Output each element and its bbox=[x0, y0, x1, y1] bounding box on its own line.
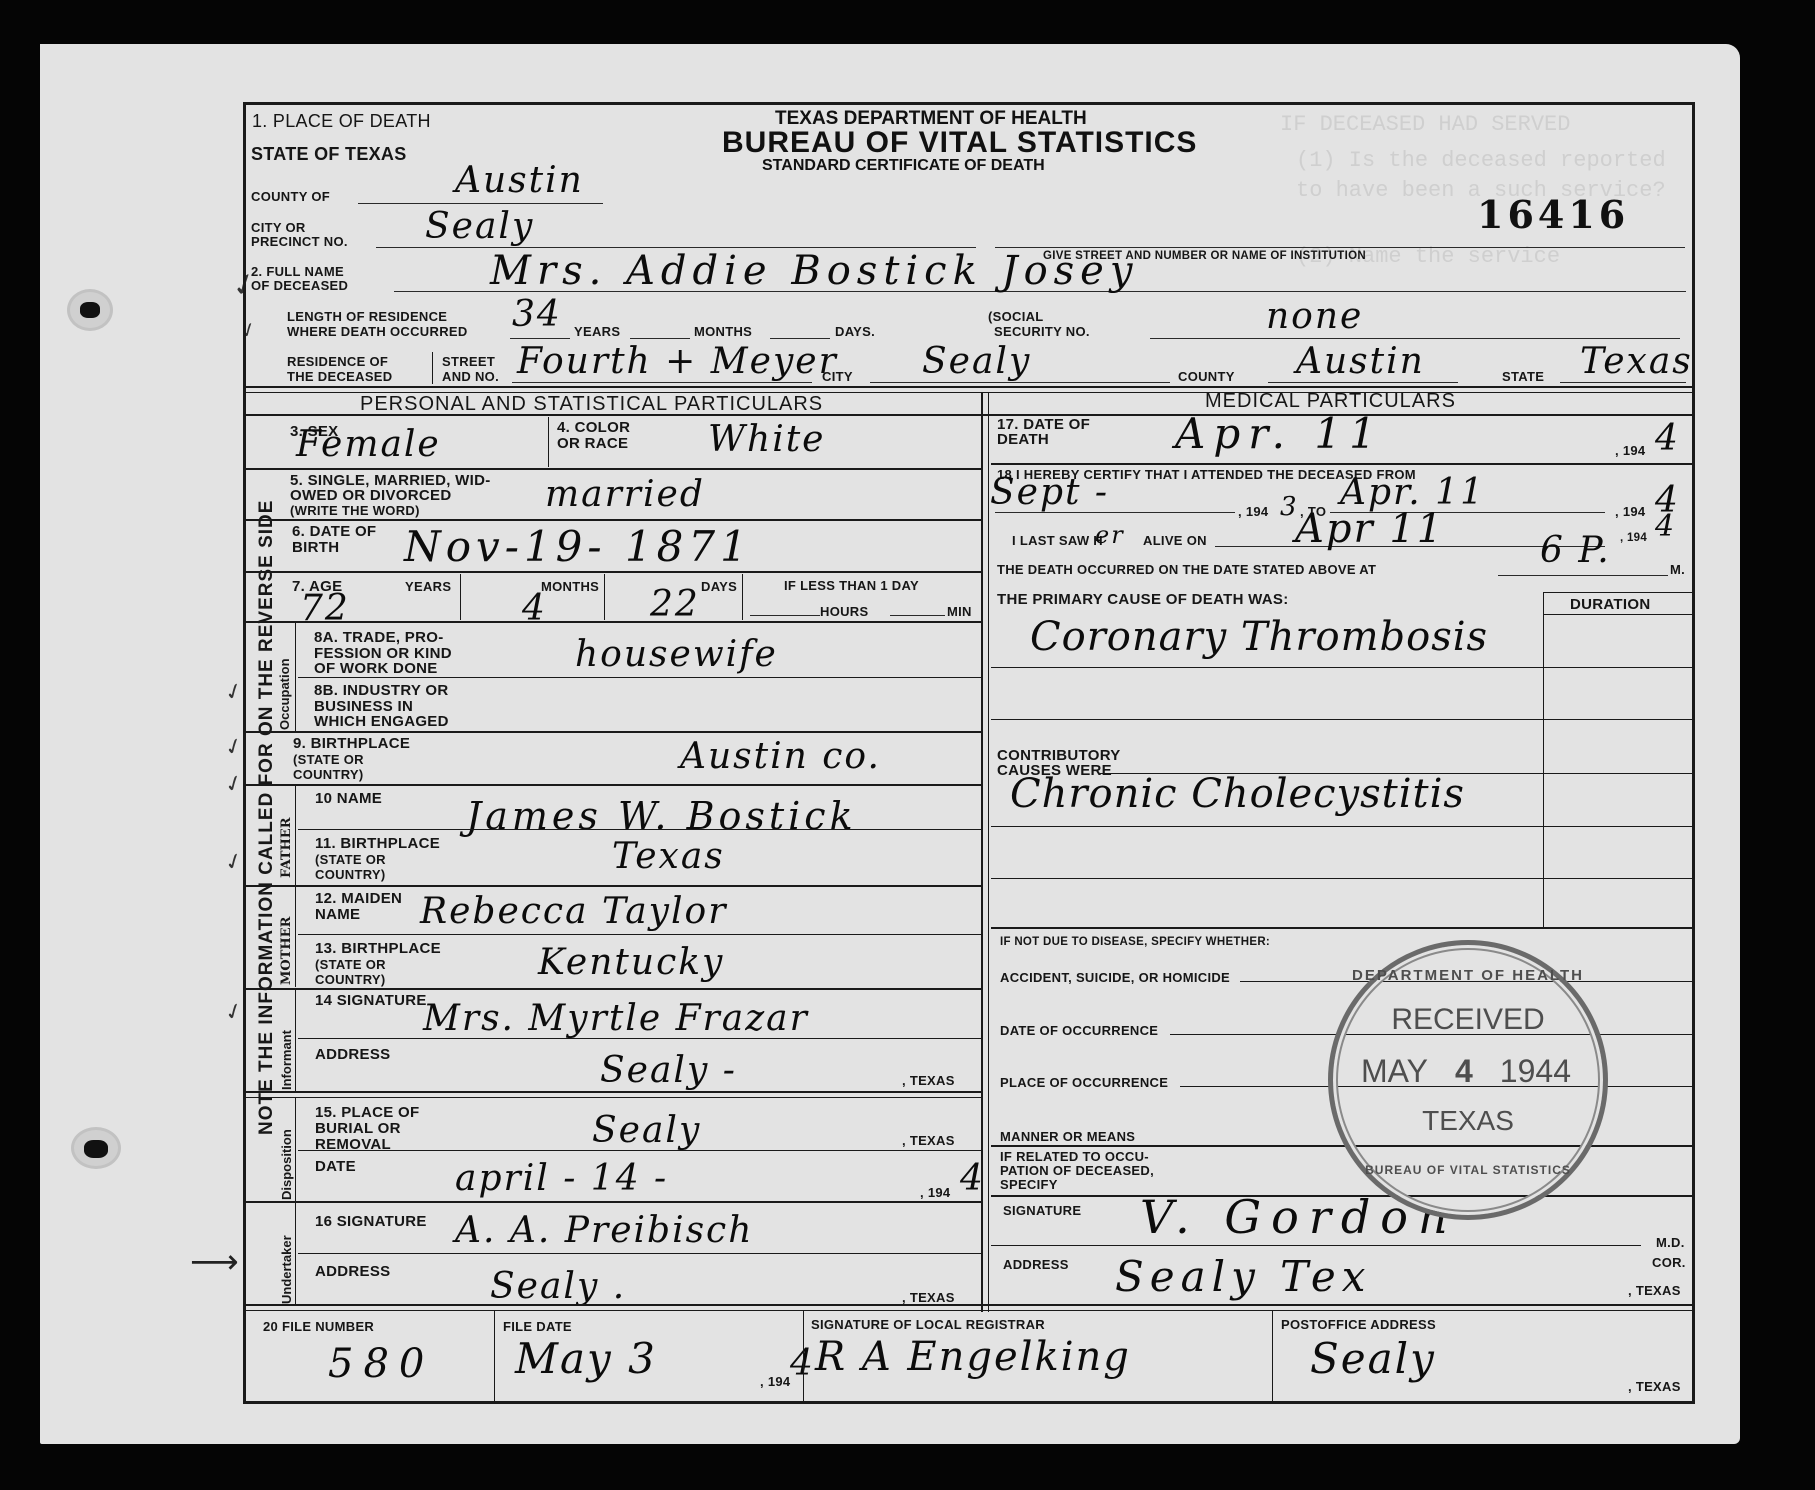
punch-hole-top bbox=[70, 292, 110, 328]
months-label: MONTHS bbox=[694, 325, 752, 338]
birthplace-label-2: (STATE OR bbox=[293, 753, 364, 766]
side-divider bbox=[295, 1201, 296, 1304]
row-line bbox=[298, 677, 981, 678]
marital-label-3: (WRITE THE WORD) bbox=[290, 504, 420, 517]
row-line-2 bbox=[246, 1097, 981, 1098]
race-label-2: OR RACE bbox=[557, 436, 628, 451]
sex-race-divider bbox=[548, 417, 549, 467]
not-disease-label: IF NOT DUE TO DISEASE, SPECIFY WHETHER: bbox=[1000, 936, 1270, 948]
mother-birthplace-label-1: 13. BIRTHPLACE bbox=[315, 941, 441, 956]
cause-line bbox=[991, 878, 1692, 879]
death-time-value: 6 P. bbox=[1540, 532, 1611, 570]
dob-value: Nov-19- 1871 bbox=[404, 528, 752, 566]
county-value: Austin bbox=[455, 162, 584, 200]
residence-county-line bbox=[1268, 382, 1458, 383]
undertaker-signature-label: 16 SIGNATURE bbox=[315, 1214, 427, 1229]
postoffice-label: POSTOFFICE ADDRESS bbox=[1281, 1318, 1436, 1331]
age-months-label: MONTHS bbox=[541, 580, 599, 593]
row-line bbox=[246, 519, 981, 521]
deceased-name: Mrs. Addie Bostick Josey bbox=[490, 252, 1138, 290]
street-value: Fourth + Meyer bbox=[517, 343, 838, 381]
residence-years-line bbox=[510, 338, 570, 339]
primary-cause-value: Coronary Thrombosis bbox=[1030, 618, 1488, 656]
contributory-value: Chronic Cholecystitis bbox=[1010, 775, 1465, 813]
industry-label-2: BUSINESS IN bbox=[314, 699, 413, 714]
father-birthplace-label-3: COUNTRY) bbox=[315, 868, 386, 881]
attended-from: Sept - bbox=[990, 474, 1109, 512]
months-line bbox=[630, 338, 690, 339]
burial-date-value: april - 14 - bbox=[455, 1160, 668, 1198]
dob-label-1: 6. DATE OF bbox=[292, 524, 376, 539]
residence-label-2: THE DECEASED bbox=[287, 370, 392, 383]
manner-label: MANNER OR MEANS bbox=[1000, 1130, 1135, 1143]
physician-address: Sealy Tex bbox=[1115, 1258, 1371, 1296]
cause-line bbox=[991, 719, 1692, 720]
texas-suffix: , TEXAS bbox=[902, 1134, 955, 1147]
ssn-label-1: (SOCIAL bbox=[988, 310, 1044, 323]
file-date-value: May 3 bbox=[515, 1340, 657, 1378]
sex-value: Female bbox=[296, 426, 441, 464]
residence-state-line bbox=[1560, 382, 1686, 383]
age-years-label: YEARS bbox=[405, 580, 451, 593]
marital-label-2: OWED OR DIVORCED bbox=[290, 488, 451, 503]
residence-county-value: Austin bbox=[1296, 343, 1425, 381]
stamp-day: 4 bbox=[1455, 1053, 1473, 1090]
marital-value: married bbox=[545, 476, 705, 514]
street-label-2: AND NO. bbox=[442, 370, 499, 383]
physician-signature-label: SIGNATURE bbox=[1003, 1204, 1081, 1217]
county-line bbox=[358, 203, 603, 204]
dob-label-2: BIRTH bbox=[292, 540, 339, 555]
section-divider-top bbox=[246, 386, 1692, 388]
row-line bbox=[298, 934, 981, 935]
trade-label-2: FESSION OR KIND bbox=[314, 646, 452, 661]
street-line bbox=[512, 382, 812, 383]
attended-from-year-prefix: , 194 bbox=[1238, 505, 1268, 518]
arrow-icon: ⟶ bbox=[190, 1242, 239, 1282]
duration-label: DURATION bbox=[1570, 597, 1650, 612]
stamp-year: 1944 bbox=[1500, 1053, 1571, 1090]
file-date-label: FILE DATE bbox=[503, 1320, 572, 1333]
contributory-label-1: CONTRIBUTORY bbox=[997, 748, 1121, 763]
row-line bbox=[246, 784, 981, 786]
residence-length-label-1: LENGTH OF RESIDENCE bbox=[287, 310, 447, 323]
birthplace-label-1: 9. BIRTHPLACE bbox=[293, 736, 410, 751]
full-name-label-1: 2. FULL NAME bbox=[251, 265, 344, 278]
filing-top-line-2 bbox=[246, 1310, 1692, 1311]
row-line bbox=[246, 621, 981, 623]
occupation-related-label-3: SPECIFY bbox=[1000, 1178, 1058, 1191]
burial-place-value: Sealy bbox=[592, 1112, 701, 1150]
industry-label-3: WHICH ENGAGED bbox=[314, 714, 449, 729]
section-header-bottom bbox=[246, 414, 1692, 416]
hours-label: HOURS bbox=[820, 605, 868, 618]
age-days: 22 bbox=[650, 586, 700, 624]
occurrence-date-label: DATE OF OCCURRENCE bbox=[1000, 1024, 1158, 1037]
year-prefix: , 194 bbox=[920, 1186, 950, 1199]
age-divider bbox=[460, 574, 461, 620]
m-label: M. bbox=[1670, 563, 1685, 576]
filing-divider bbox=[1272, 1310, 1273, 1401]
last-saw-year-prefix: , 194 bbox=[1620, 532, 1647, 544]
less-than-day-label: IF LESS THAN 1 DAY bbox=[784, 579, 919, 592]
row-line bbox=[246, 988, 981, 990]
marital-label-1: 5. SINGLE, MARRIED, WID- bbox=[290, 473, 491, 488]
row-line bbox=[298, 829, 981, 830]
side-divider bbox=[295, 1097, 296, 1201]
row-line bbox=[246, 885, 981, 887]
postoffice-value: Sealy bbox=[1310, 1340, 1436, 1378]
medical-particulars-header: MEDICAL PARTICULARS bbox=[1205, 391, 1456, 411]
stamp-date: MAY 4 1944 bbox=[1361, 1053, 1571, 1090]
informant-signature-label: 14 SIGNATURE bbox=[315, 993, 427, 1008]
occurrence-place-label: PLACE OF OCCURRENCE bbox=[1000, 1076, 1168, 1089]
file-number-label: 20 FILE NUMBER bbox=[263, 1320, 374, 1333]
certificate-number: 16416 bbox=[1477, 192, 1629, 237]
texas-suffix: , TEXAS bbox=[902, 1074, 955, 1087]
side-divider bbox=[295, 621, 296, 732]
duration-box-top bbox=[1543, 592, 1692, 593]
burial-label-1: 15. PLACE OF bbox=[315, 1105, 419, 1120]
file-year-prefix: , 194 bbox=[760, 1375, 790, 1388]
mother-birthplace-value: Kentucky bbox=[538, 944, 724, 982]
column-divider-2 bbox=[988, 392, 989, 1312]
registrar-label: SIGNATURE OF LOCAL REGISTRAR bbox=[811, 1318, 1045, 1331]
filing-top-line bbox=[246, 1304, 1692, 1306]
father-side-label: FATHER bbox=[279, 817, 294, 878]
duration-header-line bbox=[1543, 614, 1692, 615]
row-line bbox=[246, 1091, 981, 1093]
death-time-line bbox=[1498, 575, 1668, 576]
ssn-label-2: SECURITY NO. bbox=[994, 325, 1090, 338]
last-saw-label: I LAST SAW H bbox=[1012, 534, 1103, 547]
physician-address-label: ADDRESS bbox=[1003, 1258, 1069, 1271]
death-time-label: THE DEATH OCCURRED ON THE DATE STATED AB… bbox=[997, 563, 1376, 576]
undertaker-address-label: ADDRESS bbox=[315, 1264, 390, 1279]
filing-divider bbox=[494, 1310, 495, 1401]
punch-hole-bottom bbox=[74, 1130, 118, 1166]
years-label: YEARS bbox=[574, 325, 620, 338]
form-top-border bbox=[243, 102, 1694, 105]
ssn-value: none bbox=[1266, 298, 1363, 336]
residence-county-label: COUNTY bbox=[1178, 370, 1235, 383]
residence-length-label-2: WHERE DEATH OCCURRED bbox=[287, 325, 468, 338]
industry-label-1: 8B. INDUSTRY OR bbox=[314, 683, 449, 698]
attended-from-line bbox=[995, 512, 1235, 513]
personal-particulars-header: PERSONAL AND STATISTICAL PARTICULARS bbox=[360, 394, 823, 414]
side-divider bbox=[295, 885, 296, 987]
informant-address-label: ADDRESS bbox=[315, 1047, 390, 1062]
mother-maiden-value: Rebecca Taylor bbox=[420, 893, 727, 931]
father-birthplace-label-2: (STATE OR bbox=[315, 853, 386, 866]
texas-suffix: , TEXAS bbox=[1628, 1380, 1681, 1393]
residence-city-value: Sealy bbox=[922, 343, 1031, 381]
occupation-related-label-1: IF RELATED TO OCCU- bbox=[1000, 1150, 1149, 1163]
city-label-1: CITY OR bbox=[251, 221, 306, 234]
stamp-received: RECEIVED bbox=[1333, 1003, 1603, 1037]
signature-line bbox=[991, 1245, 1641, 1246]
dod-year-digit: 4 bbox=[1655, 420, 1680, 458]
days-label: DAYS. bbox=[835, 325, 875, 338]
form-left-border bbox=[243, 102, 246, 1402]
alive-on-label: ALIVE ON bbox=[1143, 534, 1207, 547]
trade-value: housewife bbox=[575, 636, 778, 674]
days-line bbox=[770, 338, 830, 339]
row-line bbox=[246, 731, 981, 733]
residence-city-label: CITY bbox=[822, 370, 853, 383]
duration-divider bbox=[1543, 592, 1544, 927]
min-line bbox=[890, 615, 945, 616]
mother-birthplace-label-3: COUNTRY) bbox=[315, 973, 386, 986]
race-value: White bbox=[708, 421, 825, 459]
informant-address: Sealy - bbox=[600, 1052, 737, 1090]
father-birthplace-label-1: 11. BIRTHPLACE bbox=[315, 836, 440, 851]
race-label-1: 4. COLOR bbox=[557, 420, 630, 435]
cause-line bbox=[991, 826, 1692, 827]
stamp-state: TEXAS bbox=[1333, 1105, 1603, 1137]
mother-birthplace-label-2: (STATE OR bbox=[315, 958, 386, 971]
residence-years: 34 bbox=[512, 296, 562, 334]
informant-side-label: Informant bbox=[279, 1030, 294, 1090]
last-saw-blank: er bbox=[1095, 516, 1125, 554]
street-label-1: STREET bbox=[442, 355, 495, 368]
place-of-death-label: 1. PLACE OF DEATH bbox=[252, 112, 431, 130]
cor-label: COR. bbox=[1652, 1256, 1686, 1269]
form-bottom-border bbox=[243, 1401, 1695, 1404]
residence-city-line bbox=[870, 382, 1170, 383]
cause-line bbox=[991, 667, 1692, 668]
disposition-side-label: Disposition bbox=[279, 1129, 294, 1200]
row-line bbox=[298, 1150, 981, 1151]
primary-cause-label: THE PRIMARY CAUSE OF DEATH WAS: bbox=[997, 592, 1289, 607]
father-name-label: 10 NAME bbox=[315, 791, 382, 806]
texas-suffix: , TEXAS bbox=[1628, 1284, 1681, 1297]
row-line bbox=[246, 571, 981, 573]
burial-date-label: DATE bbox=[315, 1159, 356, 1174]
age-days-label: DAYS bbox=[701, 580, 737, 593]
full-name-label-2: OF DECEASED bbox=[251, 279, 348, 292]
dod-year-prefix: , 194 bbox=[1615, 444, 1645, 457]
row-line bbox=[298, 1038, 981, 1039]
city-label-2: PRECINCT NO. bbox=[251, 235, 348, 248]
form-right-border bbox=[1692, 102, 1695, 1402]
stamp-bottom-arc: BUREAU OF VITAL STATISTICS bbox=[1333, 1163, 1603, 1177]
burial-year-digit: 4 bbox=[960, 1160, 985, 1198]
accident-label: ACCIDENT, SUICIDE, OR HOMICIDE bbox=[1000, 971, 1230, 984]
age-divider bbox=[742, 574, 743, 620]
bureau-title: BUREAU OF VITAL STATISTICS bbox=[722, 126, 1197, 160]
stamp-month: MAY bbox=[1361, 1053, 1428, 1090]
residence-divider bbox=[432, 352, 433, 384]
row-line bbox=[298, 1253, 981, 1254]
attended-to-year-prefix: , 194 bbox=[1615, 505, 1645, 518]
received-stamp: DEPARTMENT OF HEALTH RECEIVED MAY 4 1944… bbox=[1328, 940, 1608, 1220]
state-of-texas-label: STATE OF TEXAS bbox=[251, 145, 407, 163]
occupation-related-label-2: PATION OF DECEASED, bbox=[1000, 1164, 1154, 1177]
mother-maiden-label-2: NAME bbox=[315, 907, 360, 922]
row-line bbox=[991, 463, 1692, 465]
birthplace-value: Austin co. bbox=[680, 738, 881, 776]
margin-note: NOTE THE INFORMATION CALLED FOR ON THE R… bbox=[256, 500, 278, 1135]
last-saw-year: 4 bbox=[1655, 508, 1676, 546]
mother-maiden-label-1: 12. MAIDEN bbox=[315, 891, 402, 906]
city-value: Sealy bbox=[425, 208, 534, 246]
dod-label-1: 17. DATE OF bbox=[997, 417, 1090, 432]
age-divider bbox=[604, 574, 605, 620]
ssn-line bbox=[1150, 338, 1680, 339]
trade-label-3: OF WORK DONE bbox=[314, 661, 438, 676]
burial-label-2: BURIAL OR bbox=[315, 1121, 401, 1136]
row-line bbox=[991, 927, 1692, 929]
dod-value: Apr. 11 bbox=[1175, 415, 1384, 453]
hours-line bbox=[750, 615, 820, 616]
father-birthplace-value: Texas bbox=[612, 838, 725, 876]
form-title: STANDARD CERTIFICATE OF DEATH bbox=[762, 157, 1045, 175]
undertaker-side-label: Undertaker bbox=[279, 1235, 294, 1304]
mother-side-label: MOTHER bbox=[279, 917, 294, 985]
undertaker-signature: A. A. Preibisch bbox=[455, 1212, 753, 1250]
file-number-value: 580 bbox=[328, 1345, 434, 1383]
registrar-signature: R A Engelking bbox=[815, 1338, 1131, 1376]
undertaker-address: Sealy . bbox=[490, 1268, 626, 1306]
residence-label-1: RESIDENCE OF bbox=[287, 355, 388, 368]
residence-state-value: Texas bbox=[1580, 343, 1693, 381]
county-of-label: COUNTY OF bbox=[251, 190, 330, 203]
min-label: MIN bbox=[947, 605, 972, 618]
texas-suffix: , TEXAS bbox=[902, 1291, 955, 1304]
row-line bbox=[246, 1201, 981, 1203]
reverse-bleed-line: (1) Is the deceased reported bbox=[1296, 148, 1666, 173]
side-divider bbox=[295, 988, 296, 1091]
row-line bbox=[246, 468, 981, 470]
stamp-top-arc: DEPARTMENT OF HEALTH bbox=[1333, 967, 1603, 984]
occupation-side-label: Occupation bbox=[277, 658, 292, 730]
dod-label-2: DEATH bbox=[997, 432, 1049, 447]
side-divider bbox=[295, 784, 296, 886]
filing-divider bbox=[803, 1310, 804, 1401]
md-label: M.D. bbox=[1656, 1236, 1685, 1249]
last-saw-value: Apr 11 bbox=[1295, 510, 1444, 548]
trade-label-1: 8A. TRADE, PRO- bbox=[314, 630, 444, 645]
informant-signature: Mrs. Myrtle Frazar bbox=[423, 1000, 809, 1038]
reverse-bleed-line: IF DECEASED HAD SERVED bbox=[1280, 112, 1570, 137]
residence-state-label: STATE bbox=[1502, 370, 1544, 383]
birthplace-label-3: COUNTRY) bbox=[293, 768, 364, 781]
